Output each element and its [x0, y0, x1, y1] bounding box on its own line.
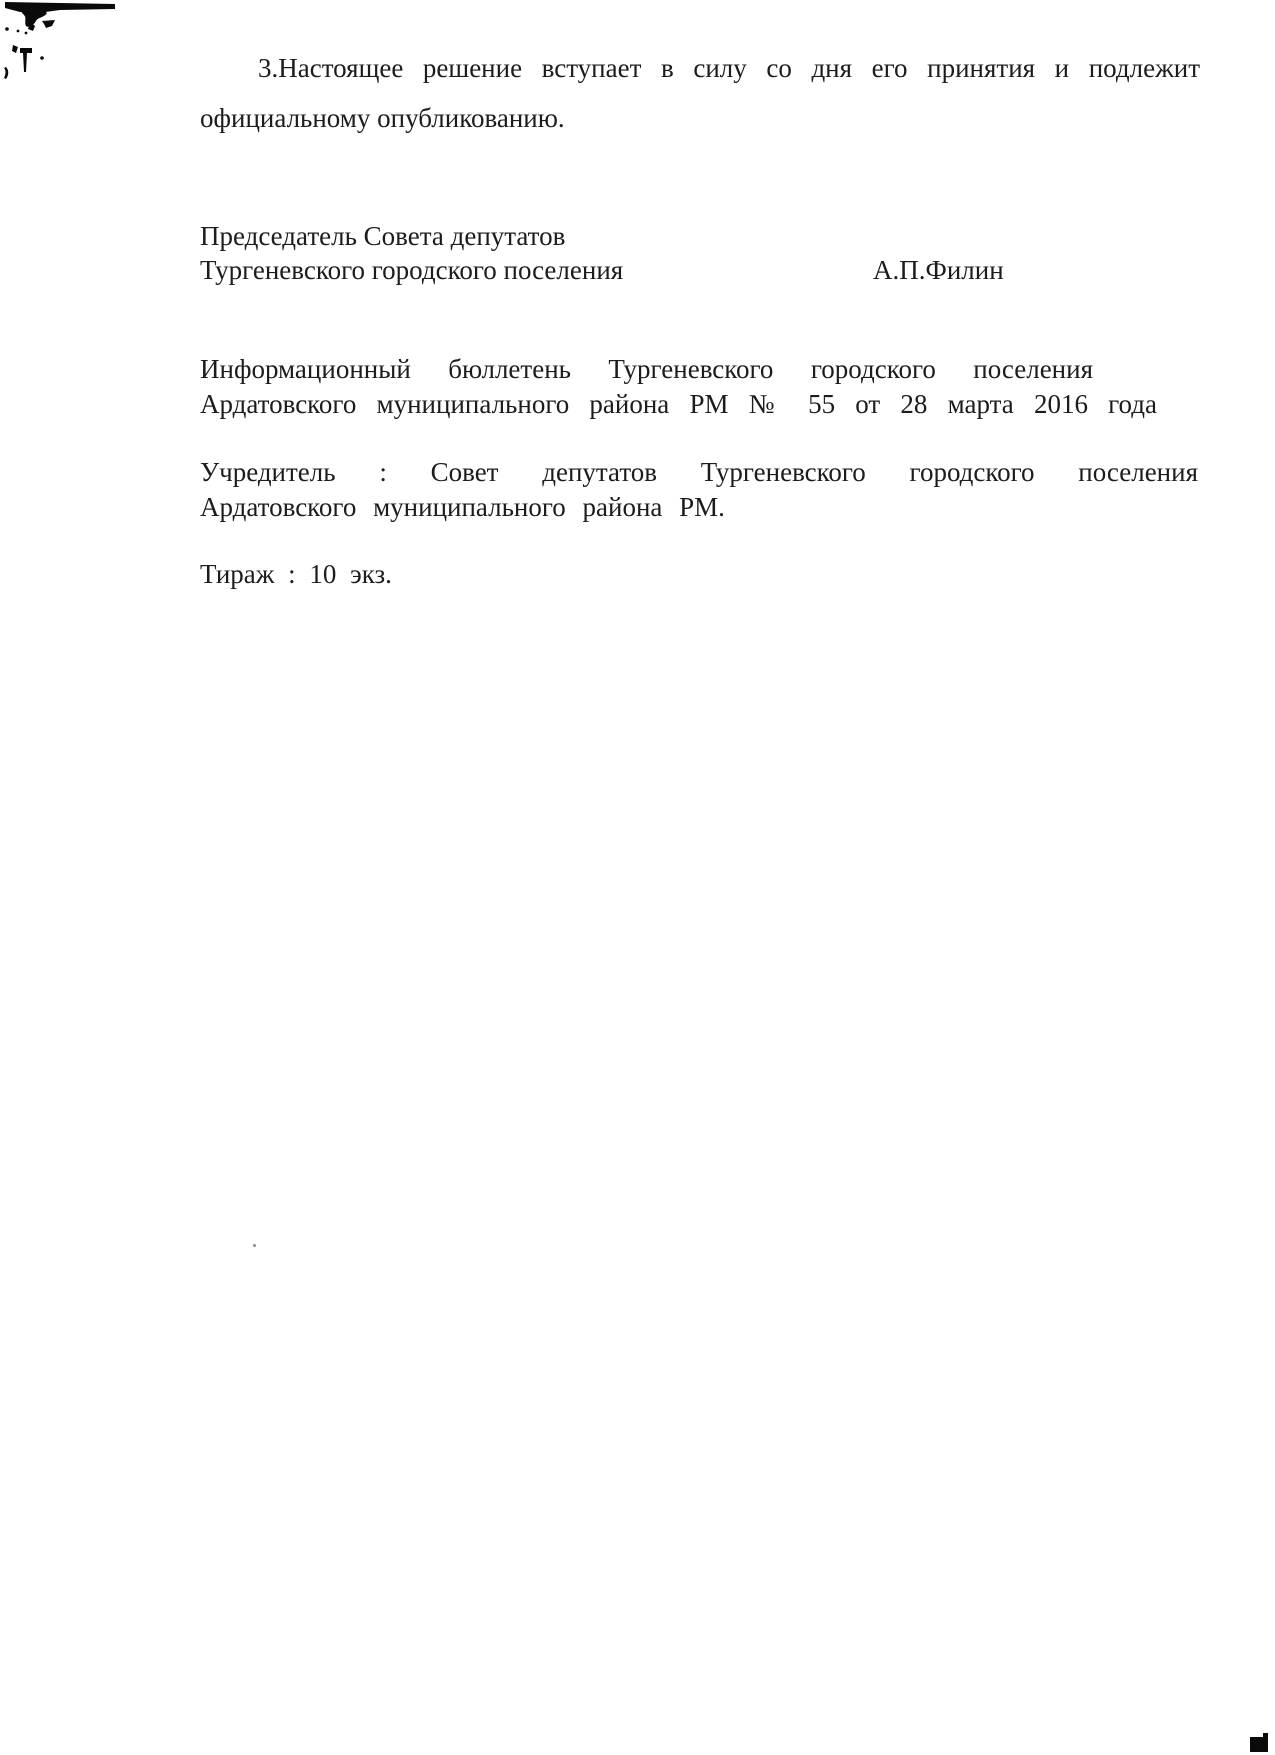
- bulletin-line-2: Ардатовского муниципального района РМ № …: [200, 388, 1157, 420]
- corner-square-artifact: [1250, 1737, 1268, 1752]
- scanned-document-page: 3.Настоящее решение вступает в силу со д…: [0, 0, 1275, 1755]
- signature-title-line-2: Тургеневского городского поселения: [200, 255, 623, 285]
- signature-line-2: Тургеневского городского поселения А.П.Ф…: [200, 254, 1200, 286]
- resolution-paragraph-line-1: 3.Настоящее решение вступает в силу со д…: [258, 52, 1200, 84]
- resolution-paragraph-line-2: официальному опубликованию.: [200, 102, 565, 134]
- speck-artifact: [253, 1244, 256, 1247]
- founder-line-2: Ардатовского муниципального района РМ.: [200, 491, 725, 523]
- ink-smudge-artifact: [0, 0, 160, 95]
- circulation-line: Тираж : 10 экз.: [200, 558, 392, 590]
- bulletin-line-1: Информационный бюллетень Тургеневского г…: [200, 353, 1093, 385]
- signature-name: А.П.Филин: [873, 254, 1004, 286]
- signature-title-line-1: Председатель Совета депутатов: [200, 220, 565, 252]
- founder-line-1: Учредитель : Совет депутатов Тургеневско…: [200, 456, 1198, 488]
